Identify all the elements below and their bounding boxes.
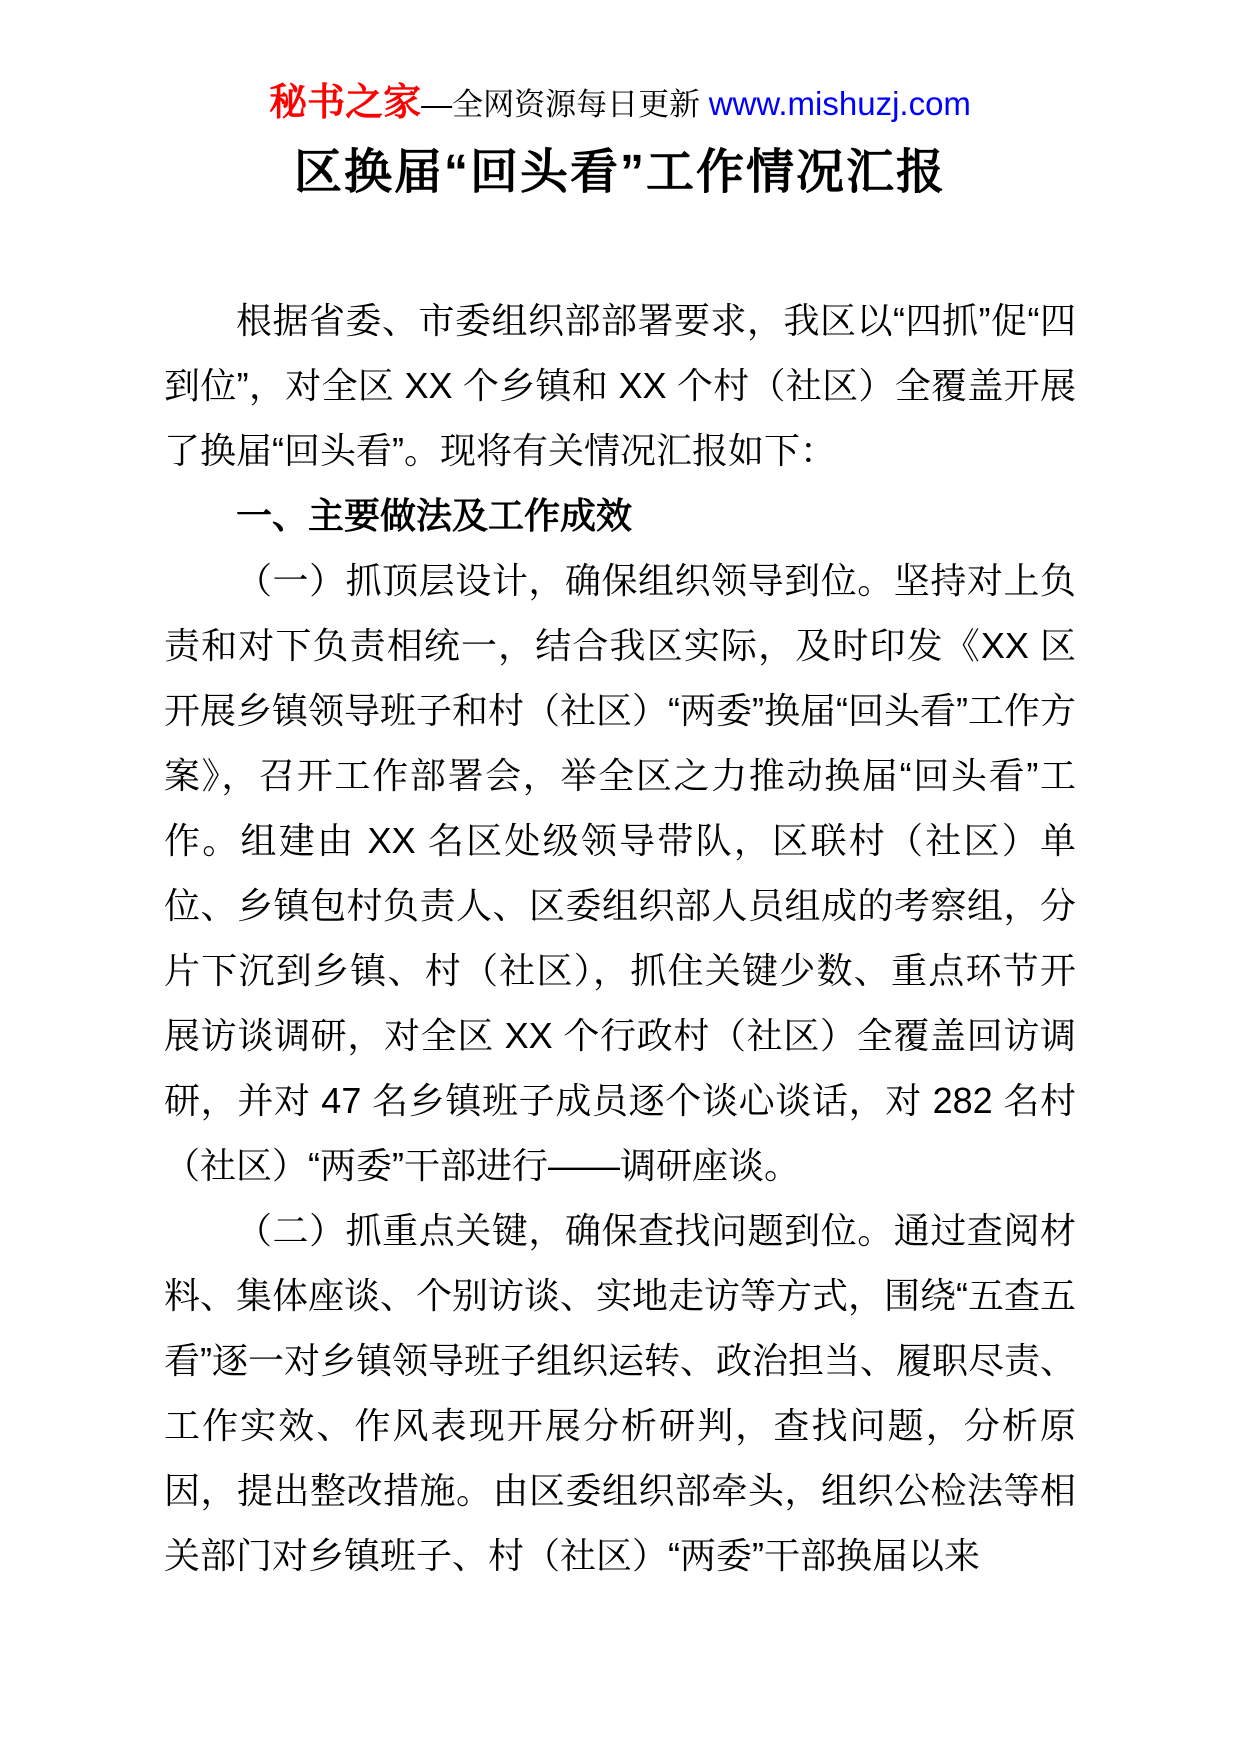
document-body: 根据省委、市委组织部部署要求，我区以“四抓”促“四到位”，对全区 XX 个乡镇和… [164, 288, 1076, 1588]
paragraph: 根据省委、市委组织部部署要求，我区以“四抓”促“四到位”，对全区 XX 个乡镇和… [164, 288, 1076, 483]
site-slogan: —全网资源每日更新 [421, 87, 709, 122]
site-name: 秘书之家 [269, 82, 421, 124]
paragraph: （二）抓重点关键，确保查找问题到位。通过查阅材料、集体座谈、个别访谈、实地走访等… [164, 1198, 1076, 1588]
site-url-link[interactable]: www.mishuzj.com [709, 85, 971, 122]
document-title: 区换届“回头看”工作情况汇报 [0, 144, 1240, 202]
paragraph: （一）抓顶层设计，确保组织领导到位。坚持对上负责和对下负责相统一，结合我区实际，… [164, 548, 1076, 1198]
section-heading: 一、主要做法及工作成效 [164, 483, 1076, 548]
site-header: 秘书之家—全网资源每日更新 www.mishuzj.com [0, 0, 1240, 128]
document-page: 秘书之家—全网资源每日更新 www.mishuzj.com 区换届“回头看”工作… [0, 0, 1240, 1754]
